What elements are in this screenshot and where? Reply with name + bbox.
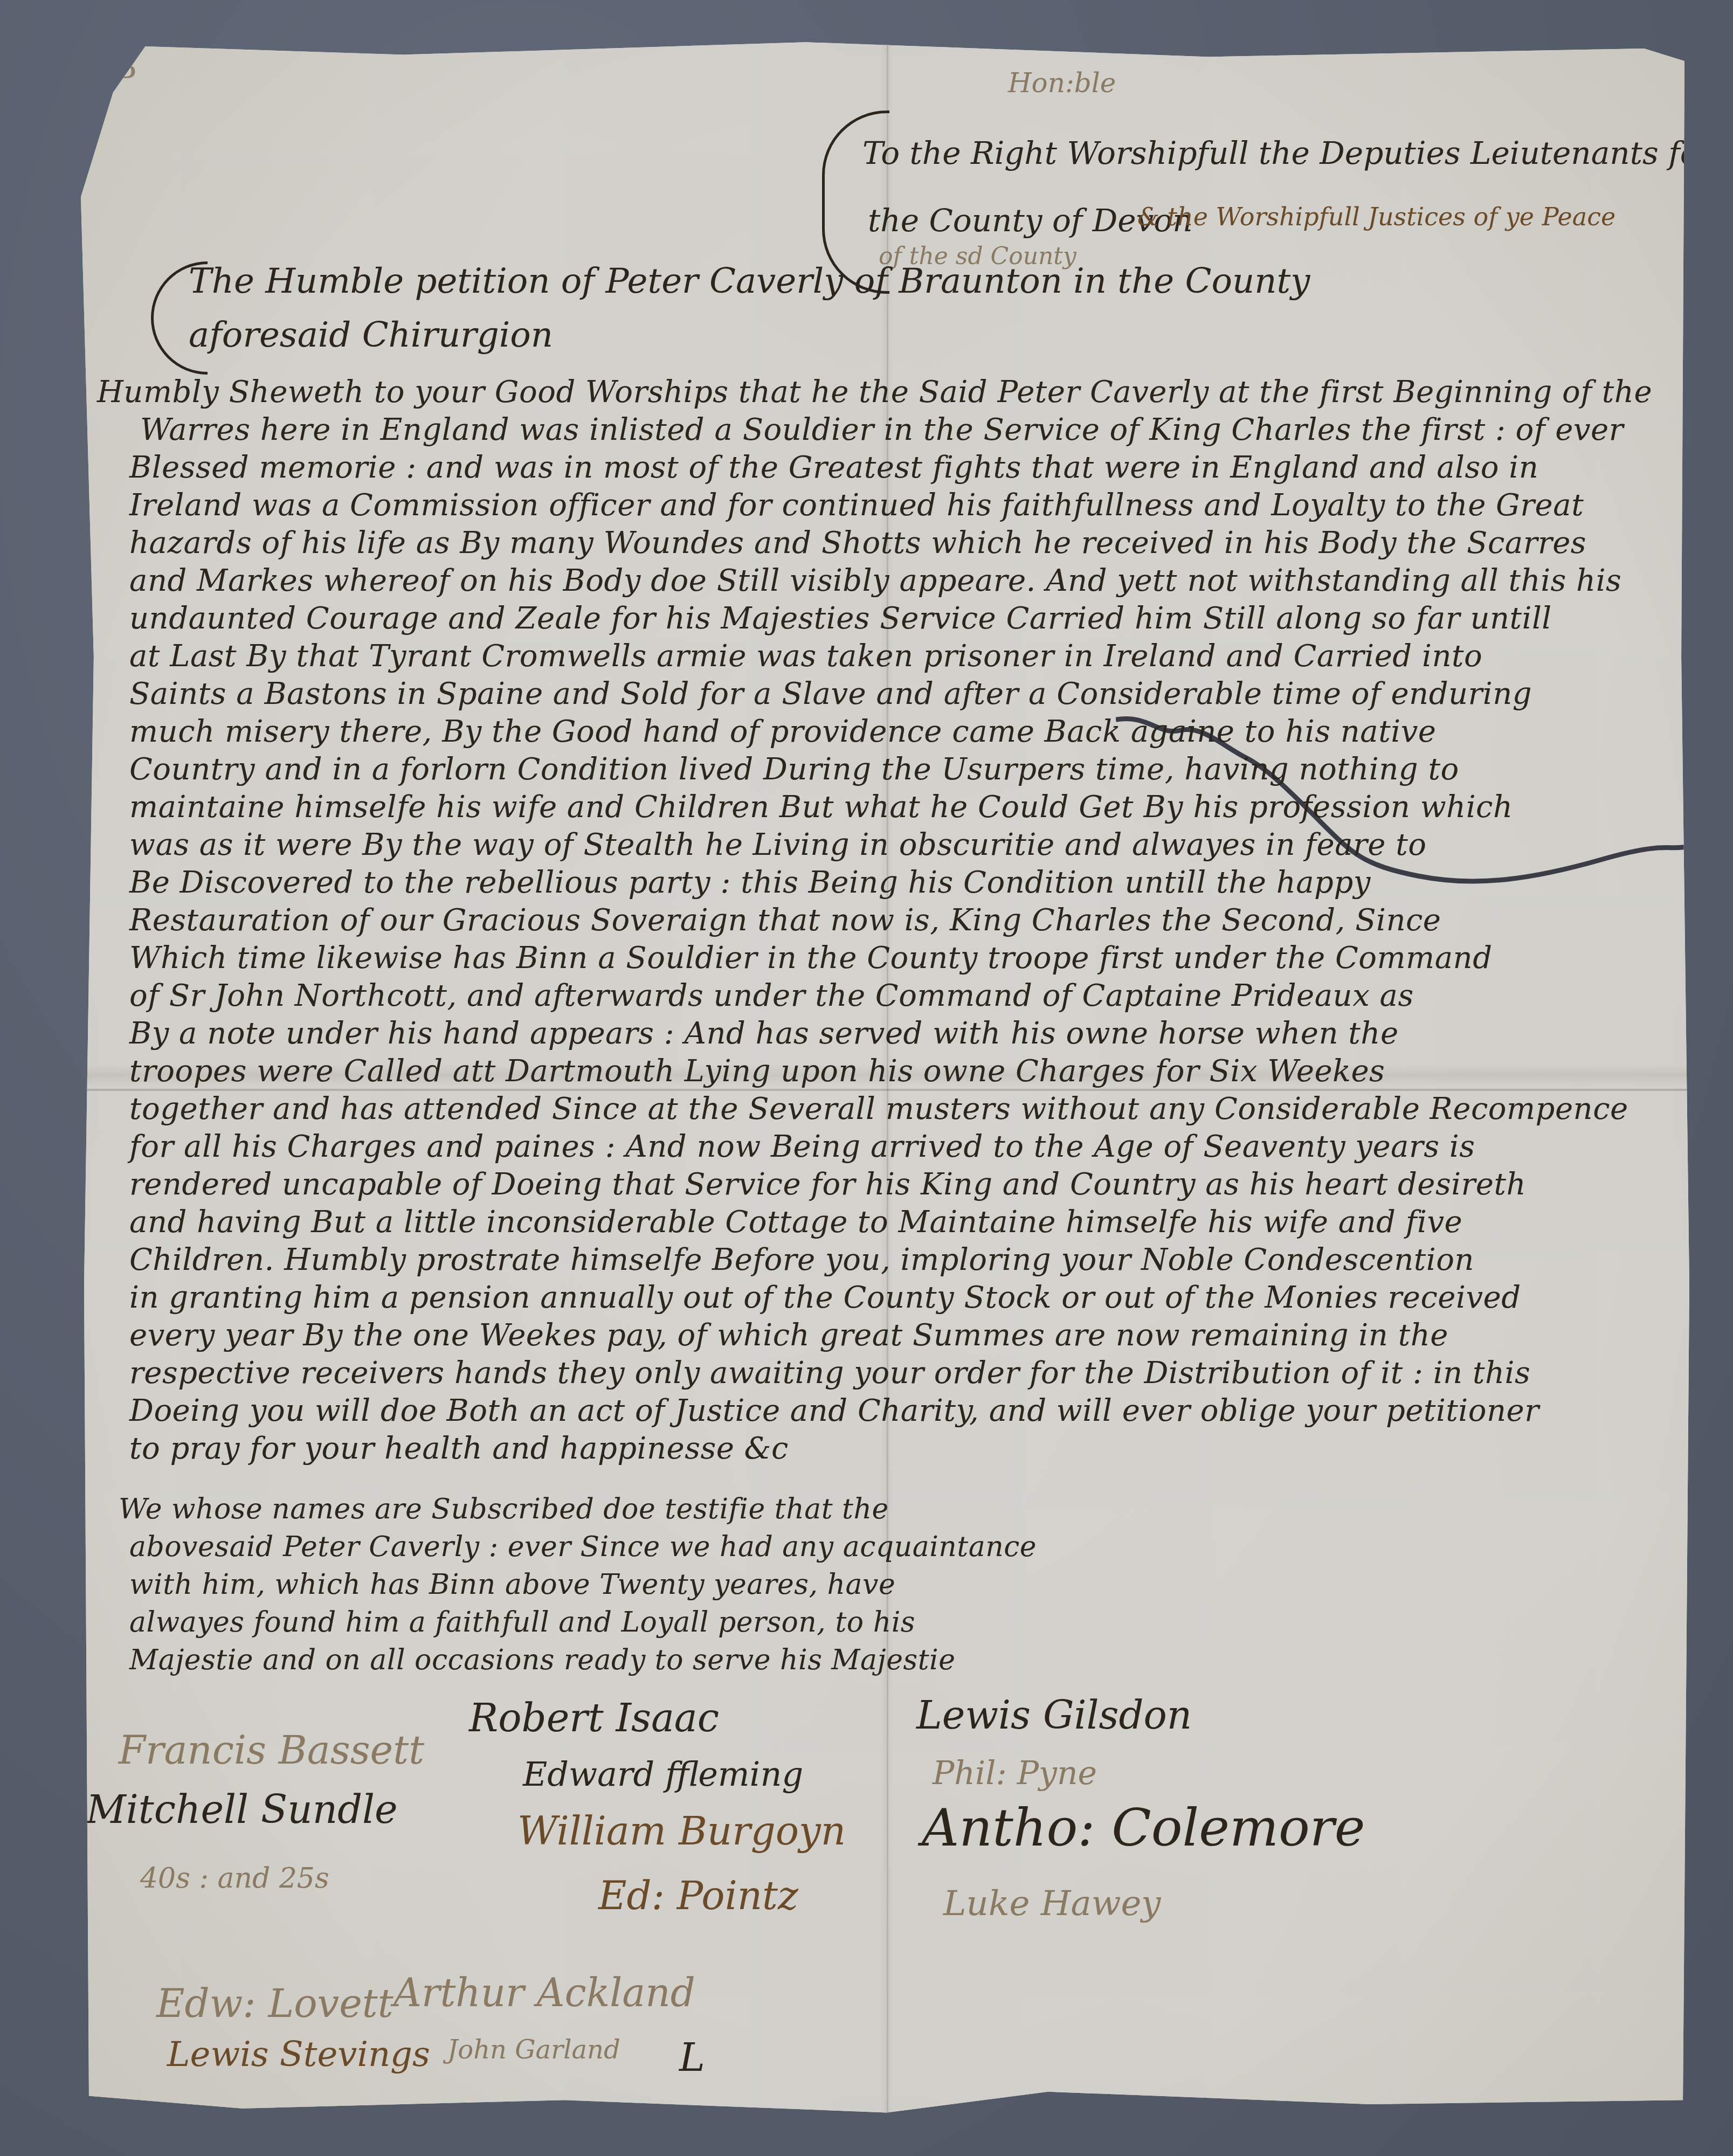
signature: William Burgoyn — [517, 1808, 846, 1854]
horizontal-fold-crease — [81, 1089, 1693, 1091]
testimonial-line: Majestie and on all occasions ready to s… — [129, 1644, 956, 1676]
body-line: was as it were By the way of Stealth he … — [129, 827, 1426, 862]
signature: Lewis Gilsdon — [916, 1692, 1192, 1738]
body-line: Which time likewise has Binn a Souldier … — [129, 941, 1492, 976]
body-line: Saints a Bastons in Spaine and Sold for … — [129, 676, 1532, 711]
body-line: Restauration of our Gracious Soveraign t… — [129, 903, 1441, 938]
body-line: together and has attended Since at the S… — [129, 1091, 1628, 1127]
signature: Lewis Stevings — [167, 2035, 430, 2075]
amount-note: 40s : and 25s — [140, 1862, 329, 1895]
body-line: in granting him a pension annually out o… — [129, 1280, 1521, 1315]
body-line: hazards of his life as By many Woundes a… — [129, 526, 1586, 561]
signature: Luke Hawey — [943, 1884, 1161, 1924]
signature: Edw: Lovett — [156, 1981, 393, 2026]
body-line: Humbly Sheweth to your Good Worships tha… — [97, 375, 1652, 410]
body-line: maintaine himselfe his wife and Children… — [129, 790, 1513, 825]
body-line: troopes were Called att Dartmouth Lying … — [129, 1054, 1385, 1089]
body-line: Ireland was a Commission officer and for… — [129, 488, 1584, 523]
signature: Edward ffleming — [523, 1754, 803, 1794]
body-line: Blessed memorie : and was in most of the… — [129, 450, 1538, 485]
interlinear-worshipfull-justices: & the Worshipfull Justices of ye Peace — [1137, 202, 1615, 231]
signature: Francis Bassett — [119, 1727, 424, 1773]
body-line: at Last By that Tyrant Cromwells armie w… — [129, 639, 1482, 674]
signature: John Garland — [447, 2035, 620, 2065]
signature: Antho: Colemore — [922, 1798, 1365, 1858]
body-line: much misery there, By the Good hand of p… — [129, 714, 1436, 749]
body-line: Country and in a forlorn Condition lived… — [129, 752, 1459, 787]
interlinear-honble: Hon:ble — [1008, 67, 1116, 99]
body-line: respective receivers hands they only awa… — [129, 1356, 1530, 1391]
petition-title-line-2: aforesaid Chirurgion — [189, 315, 553, 355]
body-line: Be Discovered to the rebellious party : … — [129, 865, 1371, 900]
testimonial-line: alwayes found him a faithfull and Loyall… — [129, 1606, 915, 1639]
testimonial-line: abovesaid Peter Caverly : ever Since we … — [129, 1531, 1037, 1563]
body-line: of Sr John Northcott, and afterwards und… — [129, 978, 1414, 1013]
body-line: and having But a little inconsiderable C… — [129, 1205, 1462, 1240]
body-line: undaunted Courage and Zeale for his Maje… — [129, 601, 1552, 636]
body-line: every year By the one Weekes pay, of whi… — [129, 1318, 1448, 1353]
body-line: to pray for your health and happinesse &… — [129, 1431, 789, 1466]
margin-mark: L — [679, 2035, 705, 2080]
signature: Mitchell Sundle — [86, 1787, 398, 1832]
signature: Ed: Pointz — [598, 1873, 798, 1918]
signature: Phil: Pyne — [933, 1754, 1097, 1792]
address-line-1: To the Right Worshipfull the Deputies Le… — [862, 135, 1714, 171]
body-line: Doeing you will doe Both an act of Justi… — [129, 1393, 1539, 1428]
testimonial-line: We whose names are Subscribed doe testif… — [119, 1493, 889, 1525]
petition-title-line-1: The Humble petition of Peter Caverly of … — [189, 261, 1310, 301]
signature: Robert Isaac — [469, 1695, 719, 1740]
body-line: rendered uncapable of Doeing that Servic… — [129, 1167, 1526, 1202]
body-line: for all his Charges and paines : And now… — [129, 1129, 1475, 1164]
body-line: and Markes whereof on his Body doe Still… — [129, 563, 1621, 598]
body-line: By a note under his hand appears : And h… — [129, 1016, 1399, 1051]
corner-annotation: B — [113, 49, 137, 86]
body-line: Warres here in England was inlisted a So… — [140, 412, 1624, 447]
signature: Arthur Ackland — [393, 1970, 695, 2015]
manuscript-page: B Hon:ble To the Right Worshipfull the D… — [81, 30, 1693, 2121]
body-line: Children. Humbly prostrate himselfe Befo… — [129, 1242, 1474, 1277]
testimonial-line: with him, which has Binn above Twenty ye… — [129, 1568, 895, 1601]
